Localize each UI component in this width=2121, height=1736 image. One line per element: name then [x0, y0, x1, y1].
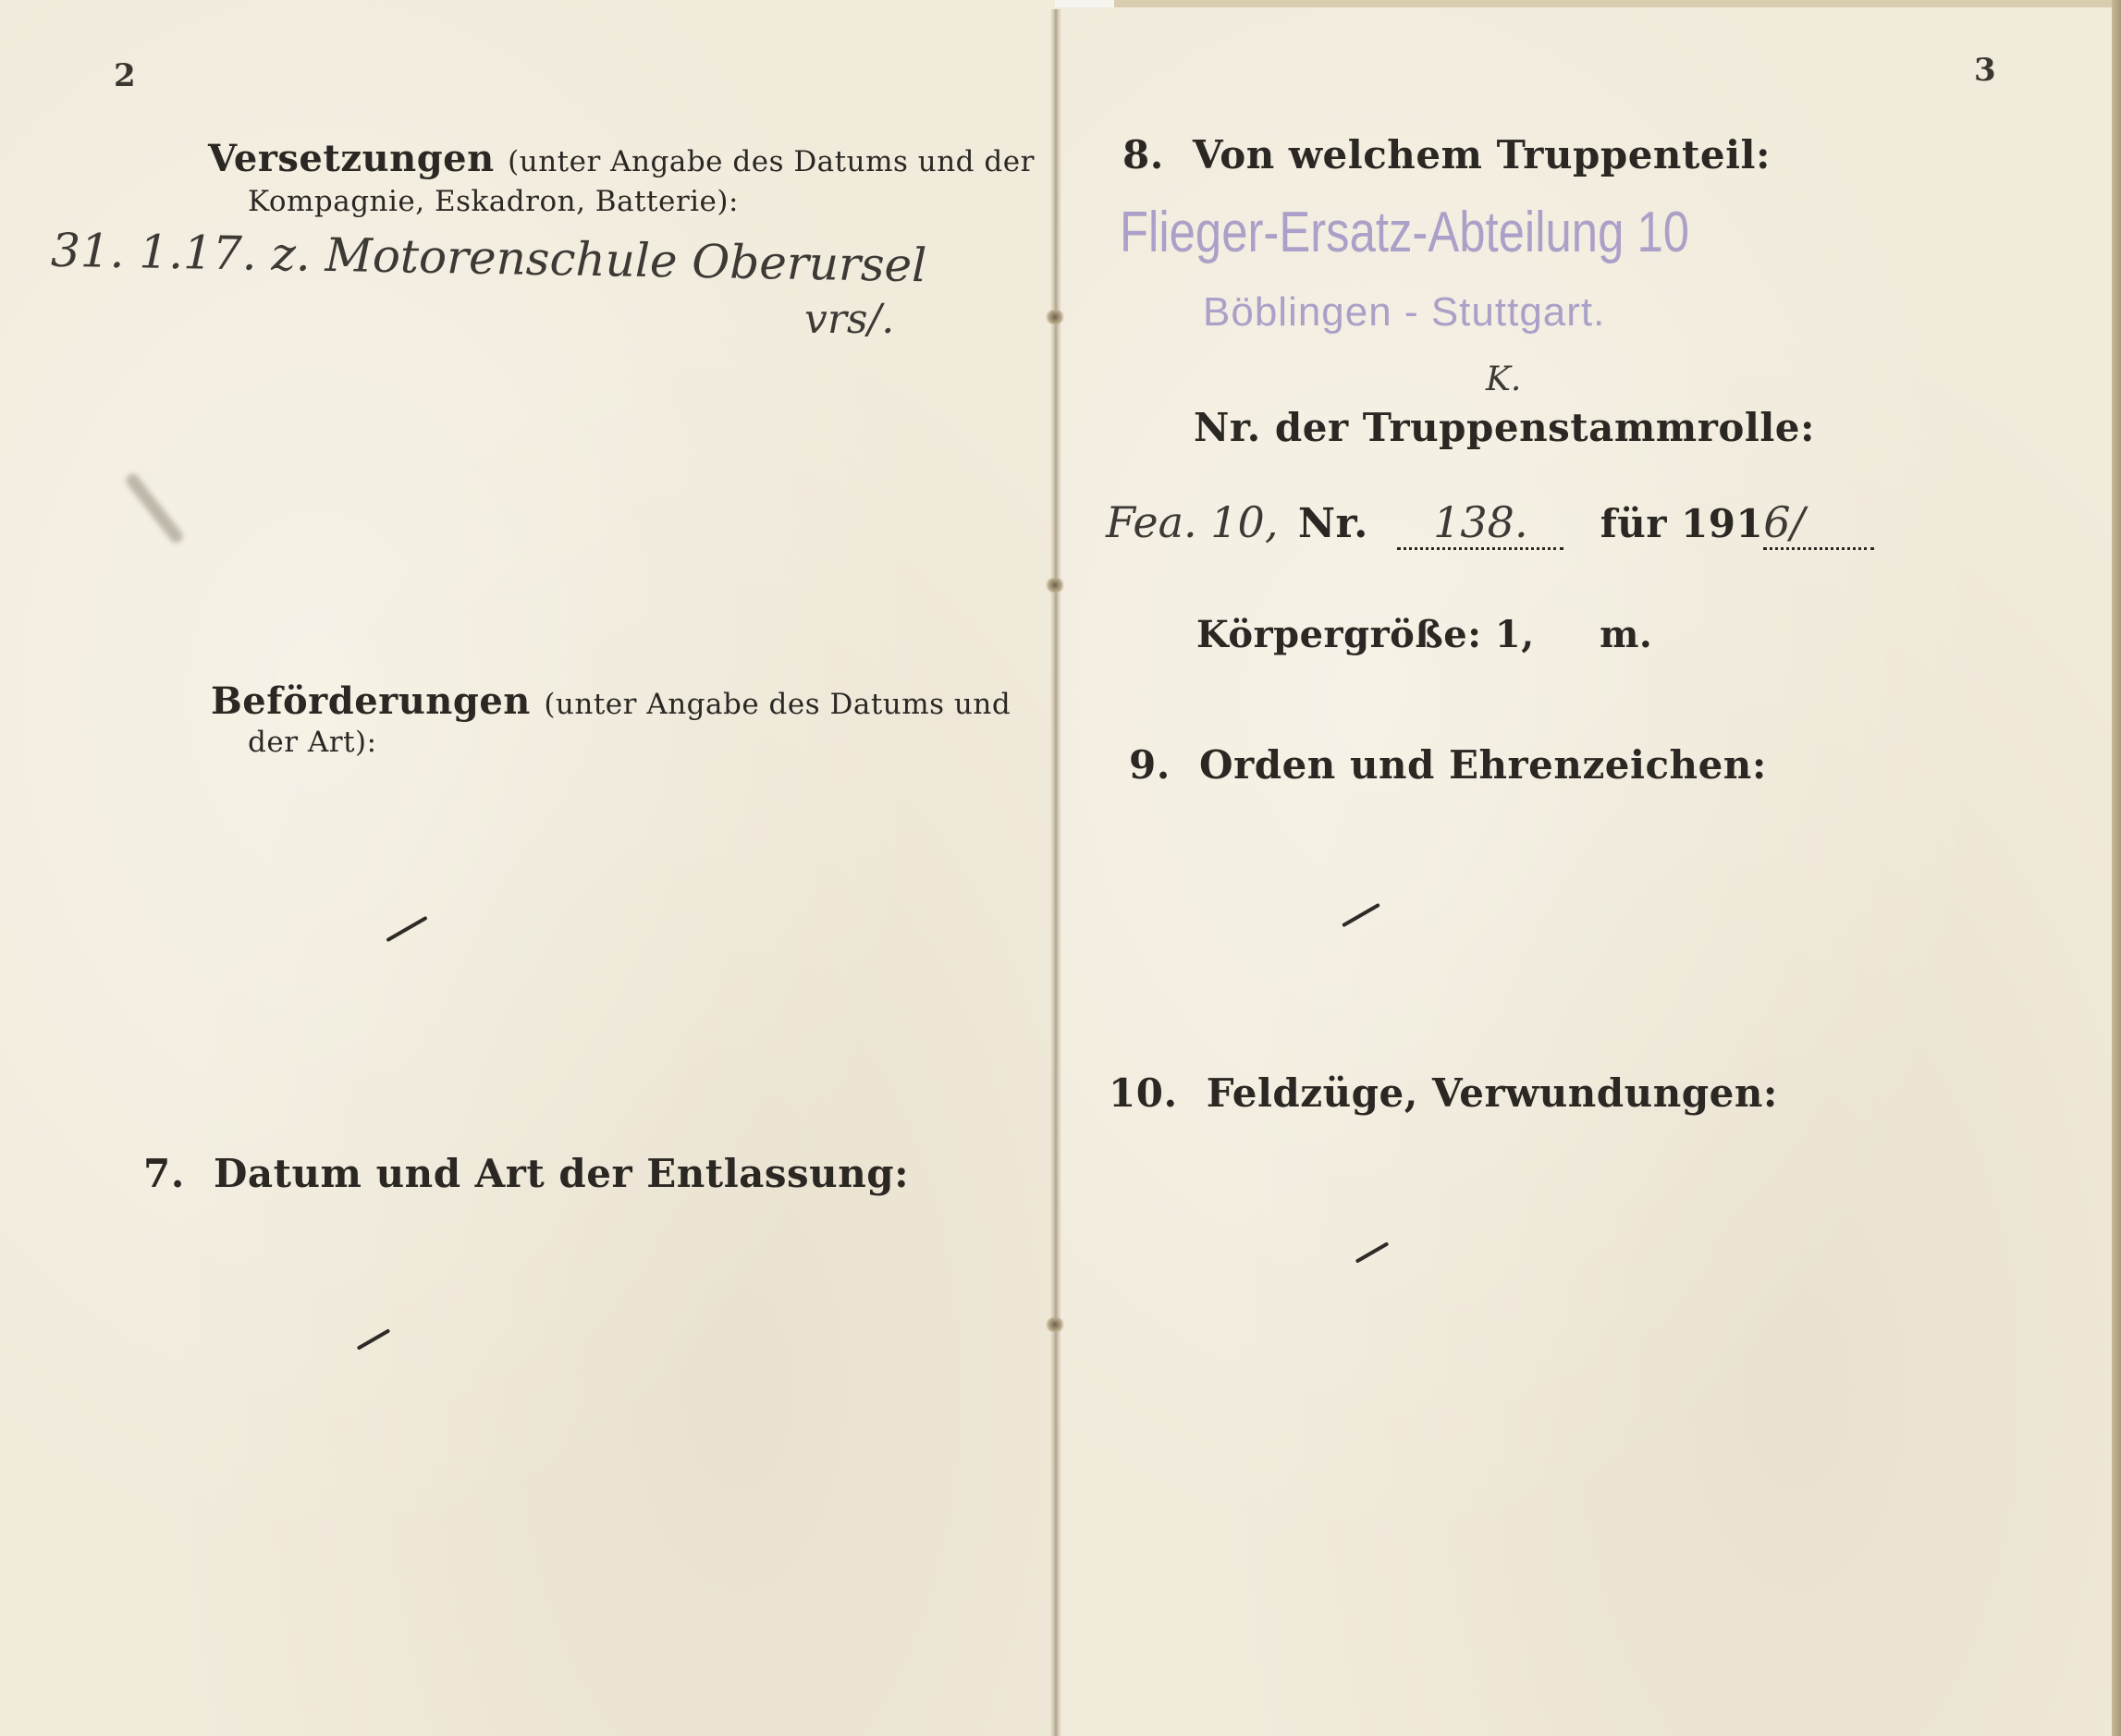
- discharge-heading: 7. Datum und Art der Entlassung:: [143, 1151, 909, 1196]
- left-page: 2 Versetzungen (unter Angabe des Datums …: [0, 0, 1055, 1736]
- transfers-heading: Versetzungen (unter Angabe des Datums un…: [208, 137, 1035, 180]
- transfers-handwritten-entry: 31. 1.17. z. Motorenschule Oberursel: [51, 224, 927, 293]
- roll-nr-label: Nr.: [1298, 500, 1368, 547]
- decorations-label: Orden und Ehrenzeichen:: [1199, 742, 1767, 788]
- campaigns-label: Feldzüge, Verwundungen:: [1207, 1070, 1778, 1116]
- roll-year-label: für 191: [1600, 501, 1764, 546]
- unit-label: Von welchem Truppenteil:: [1193, 132, 1771, 177]
- promotions-heading: Beförderungen (unter Angabe des Datums u…: [211, 679, 1011, 723]
- right-page: 3 8. Von welchem Truppenteil: Flieger-Er…: [1055, 7, 2115, 1736]
- ink-smudge: [124, 471, 185, 545]
- decorations-empty-mark: [1342, 903, 1380, 927]
- discharge-label: Datum und Art der Entlassung:: [214, 1151, 909, 1196]
- roll-number-line: Fea. 10, Nr. 138. für 1916/: [1106, 497, 1874, 550]
- campaigns-empty-mark: [1355, 1241, 1390, 1263]
- unit-stamp-line2: Böblingen - Stuttgart.: [1203, 289, 1605, 336]
- campaigns-number: 10.: [1109, 1070, 1178, 1116]
- roll-annotation: K.: [1486, 361, 1521, 398]
- campaigns-heading: 10. Feldzüge, Verwundungen:: [1109, 1070, 1778, 1116]
- roll-year-value: 6/: [1763, 497, 1874, 550]
- page-number-right: 3: [1974, 52, 1996, 89]
- roll-nr-value: 138.: [1397, 497, 1563, 550]
- roll-heading: Nr. der Truppenstammrolle:: [1194, 405, 1815, 450]
- height-unit: m.: [1600, 613, 1652, 656]
- transfers-heading-line2: Kompagnie, Eskadron, Batterie):: [248, 185, 739, 218]
- binding-staple: [1045, 310, 1065, 324]
- book-gutter: [1050, 9, 1061, 1736]
- decorations-heading: 9. Orden und Ehrenzeichen:: [1129, 742, 1767, 788]
- unit-number: 8.: [1122, 132, 1164, 177]
- unit-heading: 8. Von welchem Truppenteil:: [1122, 132, 1771, 177]
- unit-stamp-line1: Flieger-Ersatz-Abteilung 10: [1120, 200, 1689, 265]
- transfers-heading-rest: (unter Angabe des Datums und der: [508, 145, 1035, 178]
- promotions-heading-rest: (unter Angabe des Datums und: [544, 688, 1011, 721]
- binding-staple: [1045, 578, 1065, 593]
- height-field: Körpergröße: 1, m.: [1196, 613, 1652, 656]
- discharge-number: 7.: [143, 1151, 185, 1196]
- promotions-heading-bold: Beförderungen: [211, 679, 531, 723]
- promotions-heading-line2: der Art):: [248, 726, 377, 759]
- promotions-empty-mark: [386, 916, 427, 942]
- page-number-left: 2: [114, 57, 136, 94]
- booklet-spread: 2 Versetzungen (unter Angabe des Datums …: [0, 0, 2121, 1736]
- height-label: Körpergröße: 1,: [1196, 613, 1535, 656]
- roll-handwritten-prefix: Fea. 10,: [1106, 497, 1278, 547]
- decorations-number: 9.: [1129, 742, 1171, 788]
- discharge-empty-mark: [357, 1328, 391, 1350]
- transfers-handwritten-initials: vrs/.: [804, 296, 894, 343]
- page-edge: [2112, 0, 2121, 1736]
- binding-staple: [1045, 1317, 1065, 1332]
- transfers-heading-bold: Versetzungen: [208, 137, 495, 180]
